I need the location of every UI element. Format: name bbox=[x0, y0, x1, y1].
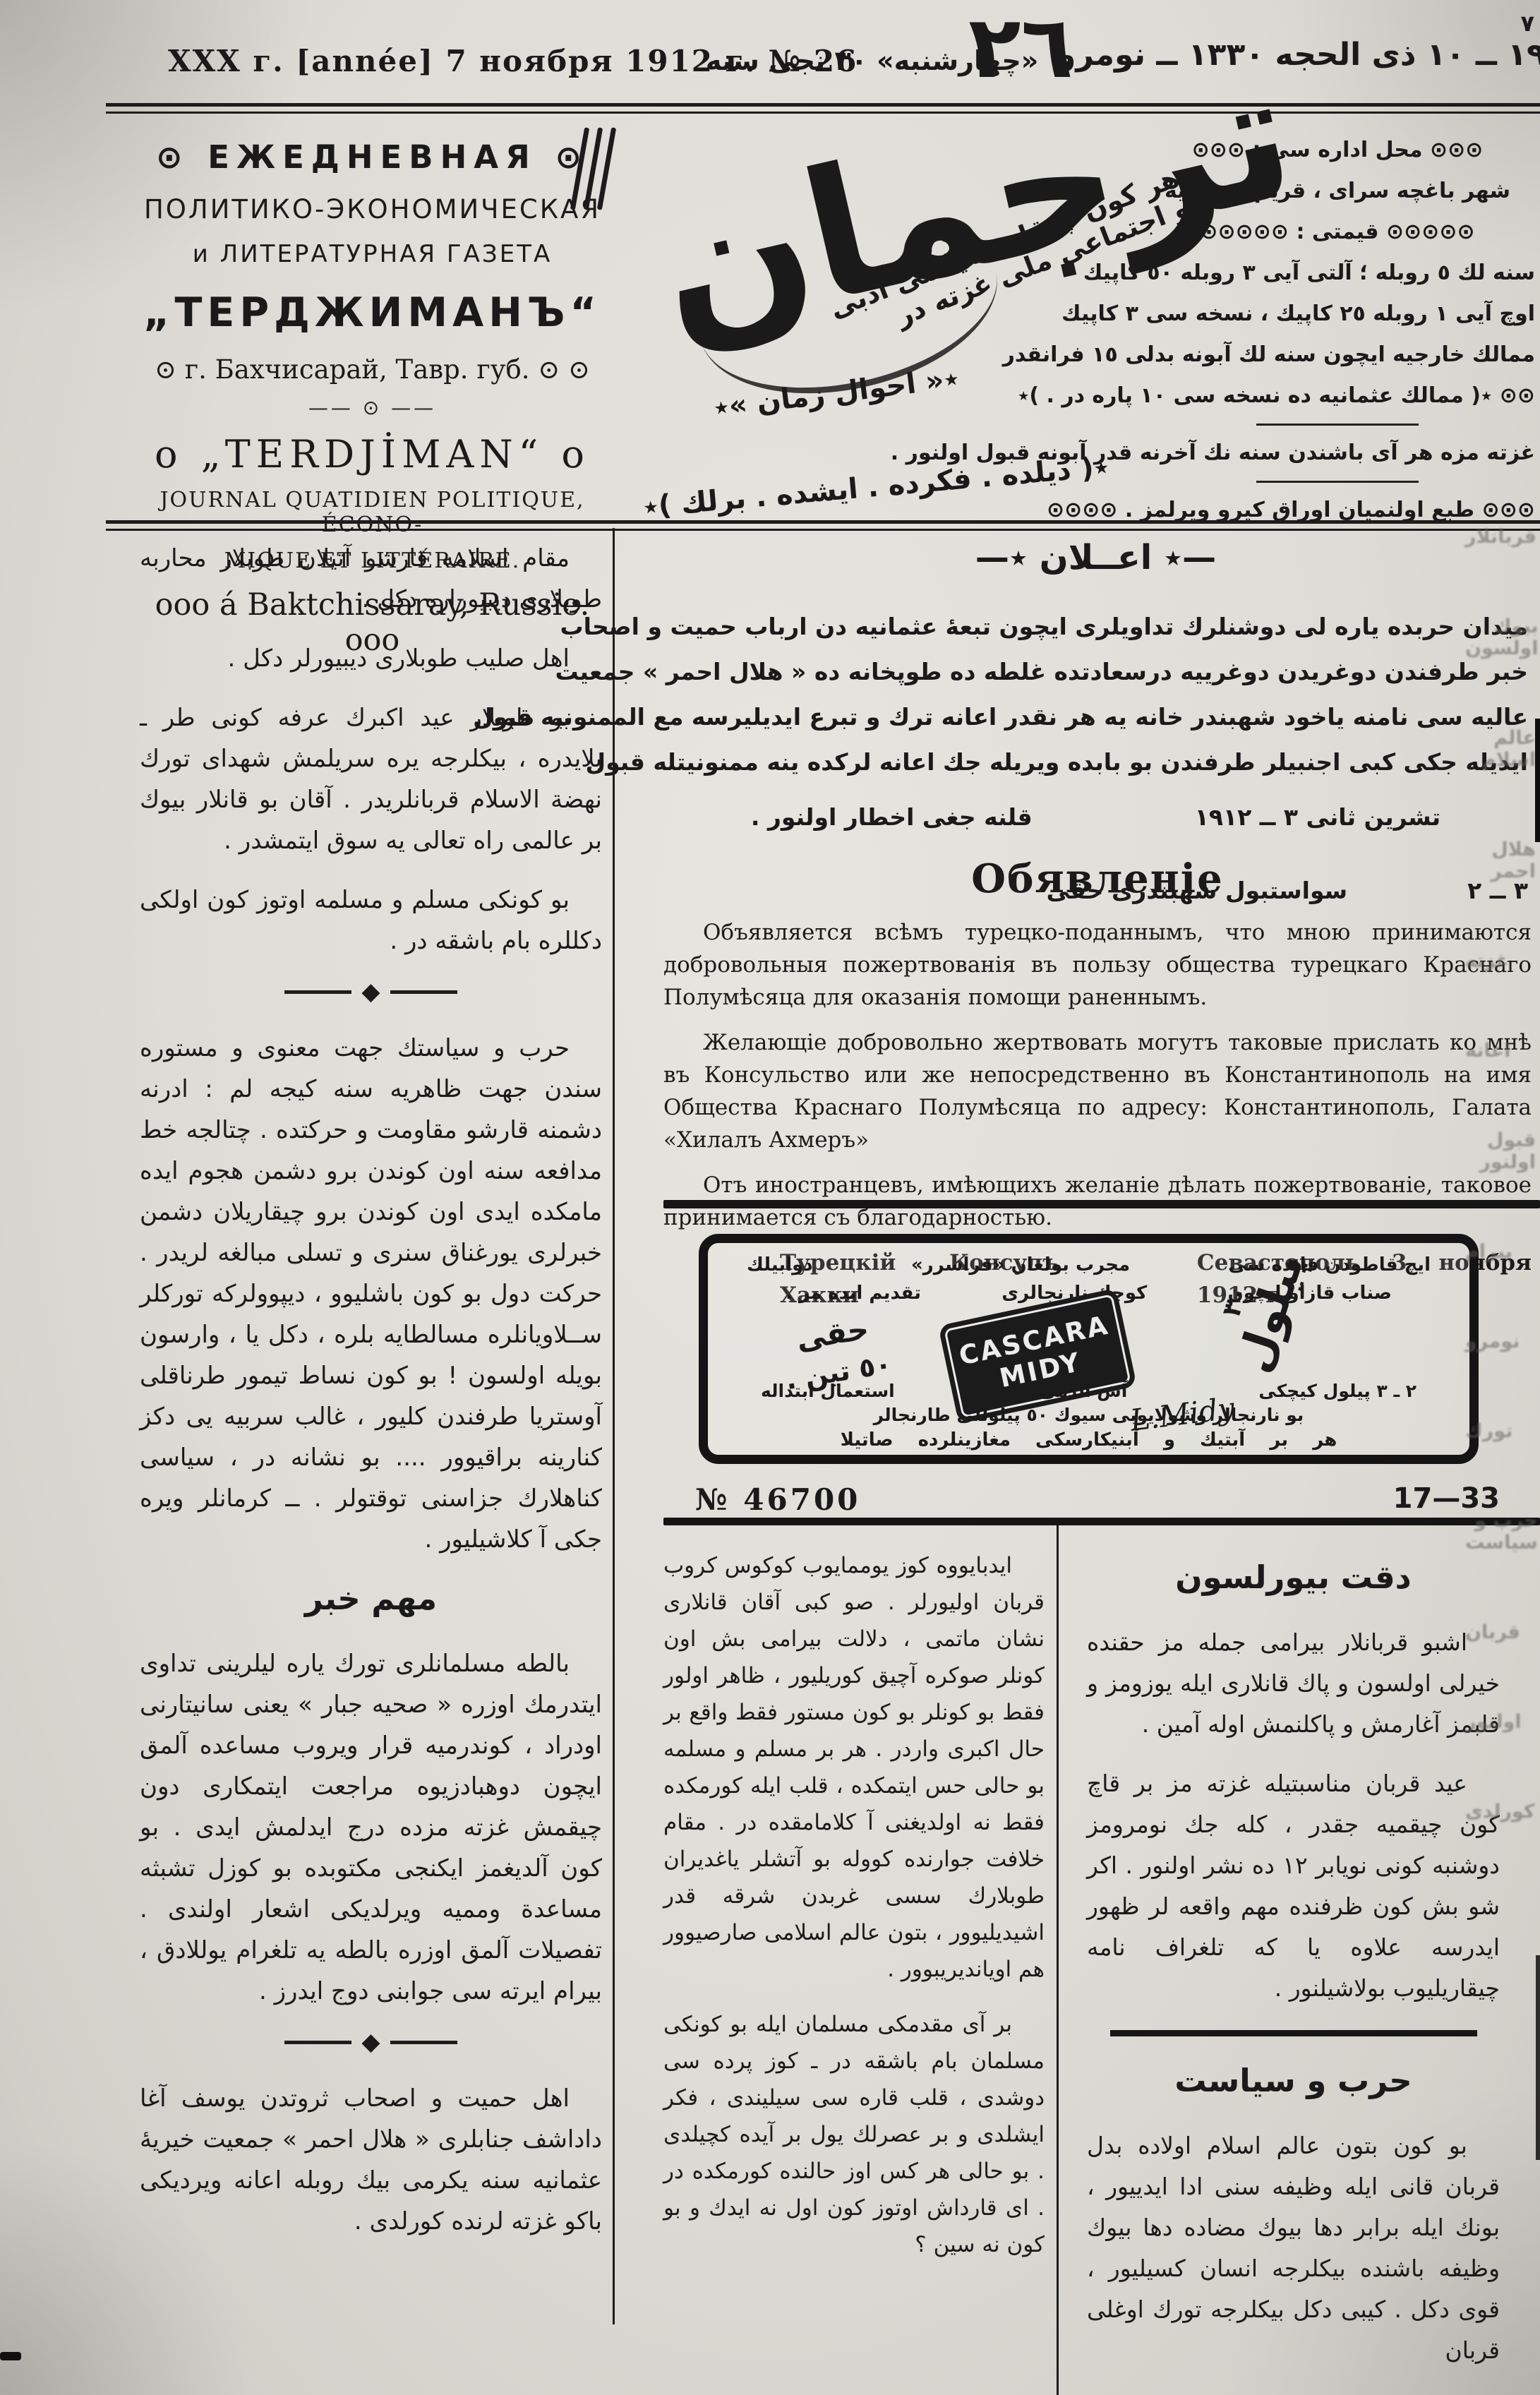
left-column: مقام اسلامه قارشو آتیلان طوبلار محاربه ط… bbox=[140, 538, 602, 2260]
masthead-title-fr: o „TERDJİMAN“ o bbox=[131, 432, 614, 476]
masthead: ⊙ ЕЖЕДНЕВНАЯ ⊙ ПОЛИТИКО-ЭКОНОМИЧЕСКАЯ и … bbox=[131, 114, 1540, 520]
closing-date: تشرین ثانی ٣ ــ ١٩١٢ bbox=[1195, 795, 1440, 840]
article-paragraph: بو كونكی مسلم و مسلمه اوتوز كون اولكی دك… bbox=[140, 880, 602, 961]
text-line: تورك bbox=[1465, 1420, 1512, 1442]
announcement-arabic-closing: قلنه جغی اخطار اولنور . تشرین ثانی ٣ ــ … bbox=[663, 795, 1528, 840]
masthead-daily-label: ⊙ ЕЖЕДНЕВНАЯ ⊙ bbox=[131, 138, 614, 176]
announcement-paragraph: Желающіе добровольно жертвовать могутъ т… bbox=[663, 1026, 1532, 1156]
masthead-small-divider: —— ⊙ —— bbox=[131, 396, 614, 419]
text-line: خبر طرفندن دوغریدن دوغرییه درسعادتده غلط… bbox=[663, 649, 1528, 695]
article-paragraph: اهل صلیب طوبلاری دیبیورلر دكل . bbox=[140, 638, 602, 679]
section-bar-bottom bbox=[663, 1518, 1540, 1525]
text-line: میدان حربده یاره لی دوشنلرك تداویلری ایچ… bbox=[663, 604, 1528, 649]
cascara-midy-ad: ایچ قاطودن فائده سی مجرب بولغان «فراسرر»… bbox=[699, 1234, 1479, 1464]
text-line: عالم اسلام bbox=[1465, 727, 1536, 771]
left-column-rule bbox=[613, 528, 615, 2324]
text-line: نومرو bbox=[1465, 1331, 1520, 1352]
ad-usage-row: ٢ ـ ٣ پیلول كیچكی آش آلدمی : استعمال ابت… bbox=[708, 1381, 1469, 1401]
section-bar-top bbox=[663, 1200, 1540, 1208]
text-line: حرب و سیاست bbox=[1465, 1510, 1538, 1554]
article-paragraph: بالطه مسلمانلری تورك یاره لیلرینی تداوی … bbox=[140, 1643, 602, 2012]
masthead-politeco-label: ПОЛИТИКО-ЭКОНОМИЧЕСКАЯ bbox=[131, 194, 614, 224]
article-paragraph: اشبو قربانلار بیرامی جمله مز حقنده خیرلی… bbox=[1087, 1622, 1500, 1745]
text-line: هلال احمر bbox=[1465, 839, 1536, 882]
ad-phrase: تقدیم ایده مر . bbox=[786, 1283, 921, 1304]
text-line: اعانه bbox=[1465, 1040, 1510, 1062]
middle-column: ایدبایووه كوز یوممایوب كوكوس كروب قربان … bbox=[663, 1547, 1045, 2281]
ad-phrase: استعمال ابتداله bbox=[761, 1381, 895, 1401]
article-paragraph: ایدبایووه كوز یوممایوب كوكوس كروب قربان … bbox=[663, 1547, 1045, 1988]
text-line: قبول اولنور bbox=[1465, 1129, 1536, 1173]
bleed-through-text: قربانلاربیوك اولسونعالم اسلامهلال احمرغز… bbox=[1465, 526, 1540, 1823]
masthead-bottom-rule bbox=[106, 520, 1540, 531]
text-line: اولنور bbox=[1465, 1711, 1522, 1733]
diamond-divider-icon: ◆ bbox=[140, 980, 602, 1004]
office-separator bbox=[1256, 424, 1419, 426]
text-line: كورلدی bbox=[1465, 1801, 1535, 1823]
article-paragraph: عید قربان مناسبتیله غزته مز بر قاچ كون چ… bbox=[1087, 1763, 1500, 2009]
article-paragraph: مقام اسلامه قارشو آتیلان طوبلار محاربه ط… bbox=[140, 538, 602, 620]
scan-edge-artifact bbox=[1535, 719, 1540, 842]
ad-phrase: كوچك نارنجالری bbox=[1001, 1283, 1147, 1304]
masthead-title-ru: „ТЕРДЖИМАНЪ“ bbox=[131, 289, 614, 336]
ad-phrase: ٢ ـ ٣ پیلول كیچكی bbox=[1258, 1381, 1416, 1401]
article-paragraph: بو كون بتون عالم اسلام اولاده بدل قربان … bbox=[1087, 2125, 1500, 2371]
ad-phrase: مجرب بولغان «فراسرر» bbox=[911, 1254, 1130, 1275]
masthead-city-ru: ⊙ г. Бахчисарай, Тавр. губ. ⊙ ⊙ bbox=[131, 354, 614, 385]
text-line: سنه لك ٥ روبله ؛ آلتی آیی ٣ روبله ٥٠ كاپ… bbox=[1140, 253, 1535, 294]
masthead-calligraphy-block: ترجمان ٭« احوال زمان »٭ هر كون چیقان سیا… bbox=[614, 114, 1140, 520]
ad-dose-line: بو نارنجالر وشولایوبی سیوك ٥٠ پیلوللی طا… bbox=[708, 1405, 1469, 1425]
scan-edge-artifact bbox=[1536, 1955, 1540, 2160]
ad-pharmacy-line: هر بر آبتیك و آبنیكارسكی مغازینلرده صاتی… bbox=[708, 1429, 1469, 1451]
text-line: ممالك خارجیه ایچون سنه لك آبونه بدلی ١٥ … bbox=[1140, 335, 1535, 376]
ad-phrase: آش آلدمی : bbox=[1026, 1381, 1128, 1401]
article-paragraph: حرب و سیاستك جهت معنوی و مستوره سندن جهت… bbox=[140, 1028, 602, 1560]
newspaper-page: XXX г. [année] 7 ноября 1912 г. № 26 «چه… bbox=[0, 0, 1540, 2395]
closing-text: قلنه جغی اخطار اولنور . bbox=[751, 795, 1033, 840]
office-separator-2 bbox=[1256, 481, 1419, 483]
headline-important-news: مهم خبر bbox=[140, 1578, 602, 1619]
text-line: بیرام bbox=[1465, 1241, 1512, 1263]
headline-attention: دقت بیورلسون bbox=[1087, 1557, 1500, 1598]
text-line: قربانلار bbox=[1465, 526, 1536, 548]
text-line: ایدیله جكی كبی اجنبیلر طرفندن بو بابده و… bbox=[663, 740, 1528, 785]
subscription-line: غزته مزه هر آی باشندن سنه نك آخرنه قدر آ… bbox=[1140, 433, 1535, 474]
announcement-arabic-heading: —٭ اعــلان ٭— bbox=[663, 535, 1528, 580]
text-line: غزته مزه هر آی باشندن سنه نك آخرنه قدر آ… bbox=[1140, 433, 1535, 474]
calligraphy-strokes-icon bbox=[577, 127, 609, 210]
ad-phrase: دوابیلك bbox=[747, 1254, 813, 1275]
header-divider-rule bbox=[106, 103, 1540, 114]
right-column: دقت بیورلسون اشبو قربانلار بیرامی جمله م… bbox=[1087, 1547, 1500, 2389]
ad-top-row: ایچ قاطودن فائده سی مجرب بولغان «فراسرر»… bbox=[708, 1243, 1469, 1275]
ad-footer-row: № 46700 17—33 bbox=[663, 1482, 1539, 1517]
masthead-unity-motto: ٭( دیلده . فكرده . ایشده . برلك )٭ bbox=[642, 450, 1110, 524]
text-line: ⊙⊙ ٭( ممالك عثمانیه ده نسخه سی ١٠ پاره د… bbox=[1140, 376, 1535, 416]
announcement-russian-title: Обявленіе bbox=[663, 863, 1532, 895]
article-paragraph: اهل حمیت و اصحاب ثروتدن یوسف آغا داداشف … bbox=[140, 2078, 602, 2242]
article-paragraph: بر آی مقدمكی مسلمان ایله بو كونكی مسلمان… bbox=[663, 2006, 1045, 2263]
right-column-rule bbox=[1110, 2030, 1477, 2036]
text-line: عالیه سی نامنه یاخود شهبندر خانه یه هر ن… bbox=[663, 695, 1528, 740]
masthead-russian-block: ⊙ ЕЖЕДНЕВНАЯ ⊙ ПОЛИТИКО-ЭКОНОМИЧЕСКАЯ и … bbox=[131, 114, 614, 520]
text-line: اوچ آیی ١ روبله ٢٥ كاپیك ، نسخه سی ٣ كاپ… bbox=[1140, 294, 1535, 335]
diamond-divider-icon: ◆ bbox=[140, 2030, 602, 2054]
mid-column-rule bbox=[1057, 1525, 1059, 2395]
ad-registration-number: № 46700 bbox=[663, 1482, 860, 1517]
text-line: بیوك اولسون bbox=[1465, 616, 1539, 659]
text-line: قربان bbox=[1465, 1621, 1520, 1643]
announcement-paragraph: Объявляется всѣмъ турецко-поданнымъ, что… bbox=[663, 916, 1532, 1014]
headline-war-and-politics: حرب و سیاست bbox=[1087, 2060, 1500, 2101]
masthead-literary-label: и ЛИТЕРАТУРНАЯ ГАЗЕТА bbox=[131, 240, 614, 268]
scan-edge-artifact bbox=[0, 2352, 21, 2360]
announcement-arabic-body: میدان حربده یاره لی دوشنلرك تداویلری ایچ… bbox=[663, 604, 1528, 785]
text-line: غزته bbox=[1465, 950, 1509, 972]
corner-page-mark: ٧ bbox=[1520, 10, 1534, 37]
